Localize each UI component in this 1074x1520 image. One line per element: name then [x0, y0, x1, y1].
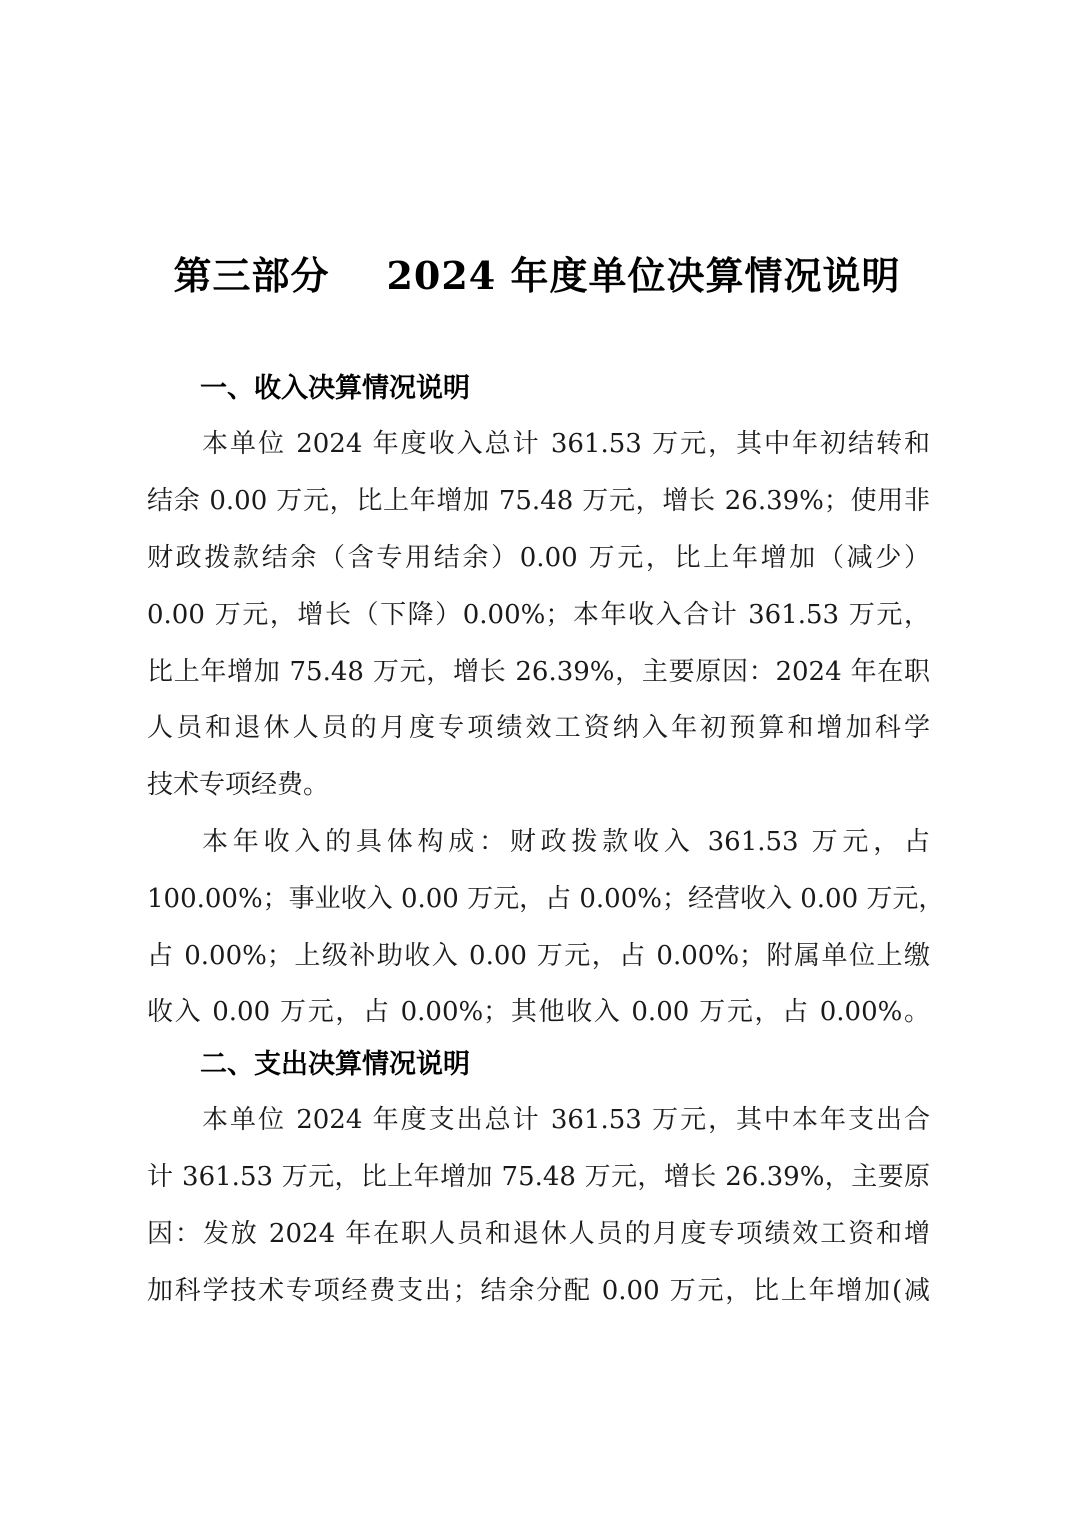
paragraph-line: 比上年增加 75.48 万元，增长 26.39%，主要原因：2024 年在职: [147, 651, 930, 688]
document-page: 第三部分 2024 年度单位决算情况说明 一、收入决算情况说明 本单位 2024…: [0, 0, 1074, 1520]
paragraph-line: 本年收入的具体构成：财政拨款收入 361.53 万元，占: [202, 821, 930, 858]
paragraph-line: 加科学技术专项经费支出；结余分配 0.00 万元，比上年增加(减: [147, 1270, 930, 1307]
paragraph-line: 技术专项经费。: [147, 764, 930, 801]
paragraph-line: 财政拨款结余（含专用结余）0.00 万元，比上年增加（减少）: [147, 537, 930, 574]
page-title: 第三部分 2024 年度单位决算情况说明: [0, 245, 1074, 300]
section-heading-expenditure: 二、支出决算情况说明: [200, 1042, 470, 1081]
paragraph-line: 本单位 2024 年度收入总计 361.53 万元，其中年初结转和: [202, 423, 930, 460]
paragraph-line: 计 361.53 万元，比上年增加 75.48 万元，增长 26.39%，主要原: [147, 1156, 930, 1193]
paragraph-line: 收入 0.00 万元，占 0.00%；其他收入 0.00 万元，占 0.00%。: [147, 991, 930, 1028]
section-heading-income: 一、收入决算情况说明: [200, 366, 470, 405]
paragraph-line: 本单位 2024 年度支出总计 361.53 万元，其中本年支出合: [202, 1099, 930, 1136]
paragraph-line: 100.00%；事业收入 0.00 万元，占 0.00%；经营收入 0.00 万…: [147, 878, 930, 915]
paragraph-line: 0.00 万元，增长（下降）0.00%；本年收入合计 361.53 万元，: [147, 594, 930, 631]
paragraph-line: 因：发放 2024 年在职人员和退休人员的月度专项绩效工资和增: [147, 1213, 930, 1250]
paragraph-line: 占 0.00%；上级补助收入 0.00 万元，占 0.00%；附属单位上缴: [147, 935, 930, 972]
paragraph-line: 结余 0.00 万元，比上年增加 75.48 万元，增长 26.39%；使用非: [147, 480, 930, 517]
paragraph-line: 人员和退休人员的月度专项绩效工资纳入年初预算和增加科学: [147, 707, 930, 744]
